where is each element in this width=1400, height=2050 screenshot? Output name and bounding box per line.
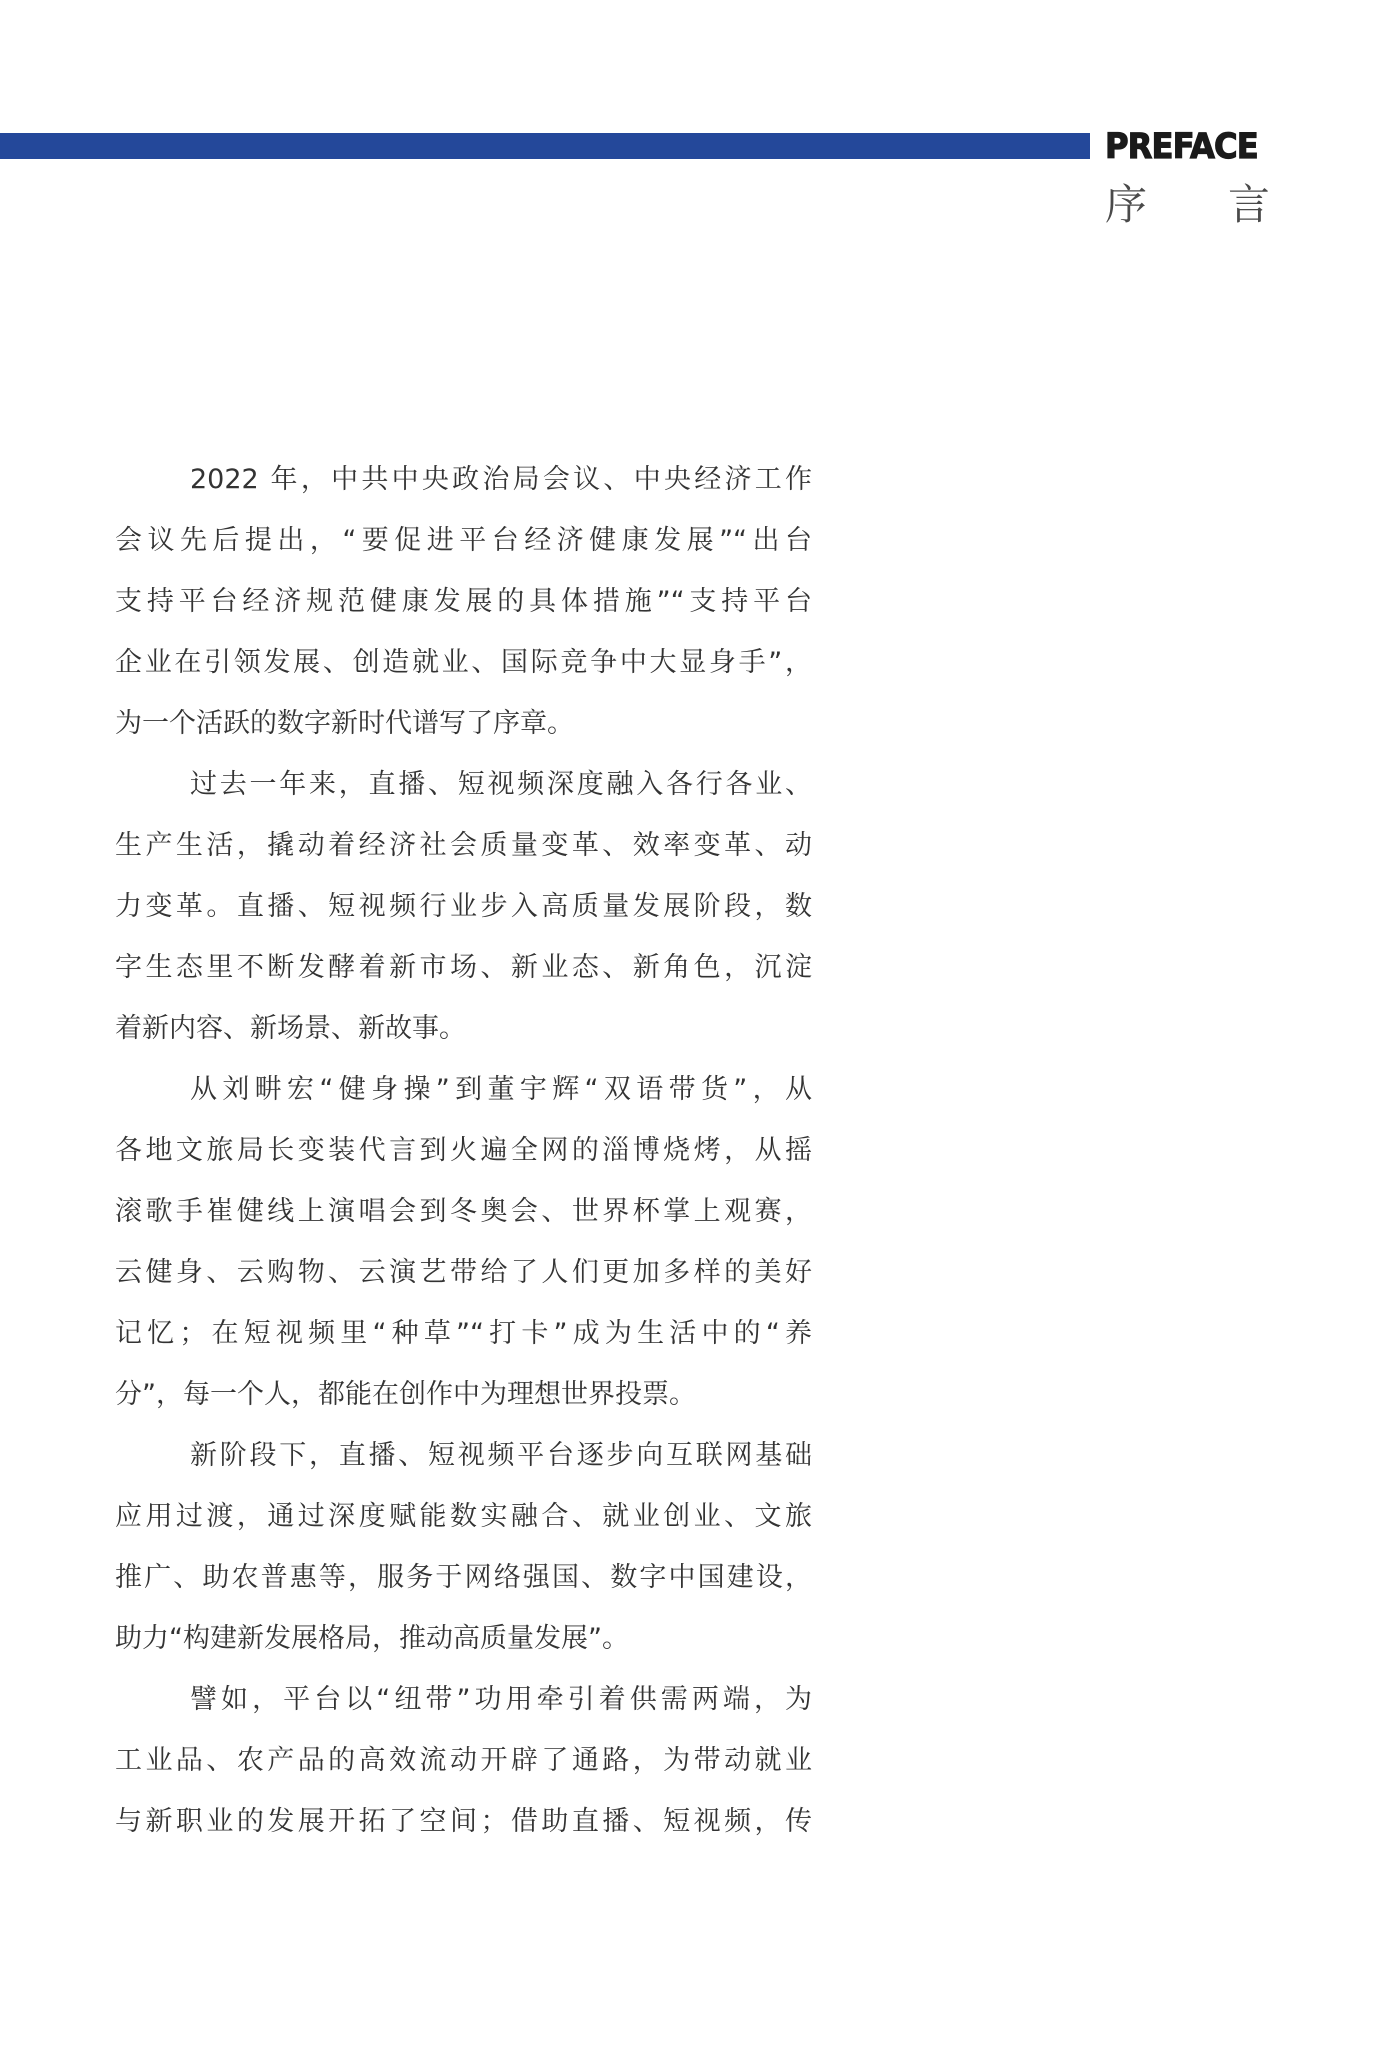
text-line: 滚歌手崔健线上演唱会到冬奥会、世界杯掌上观赛，	[115, 1181, 812, 1242]
text-line: 字生态里不断发酵着新市场、新业态、新角色，沉淀	[115, 937, 812, 998]
text-line: 云健身、云购物、云演艺带给了人们更加多样的美好	[115, 1242, 812, 1303]
text-line: 与新职业的发展开拓了空间；借助直播、短视频，传	[115, 1791, 812, 1852]
text-line: 从刘畊宏“健身操”到董宇辉“双语带货”，从	[115, 1059, 812, 1120]
paragraph: 譬如，平台以“纽带”功用牵引着供需两端，为 工业品、农产品的高效流动开辟了通路，…	[115, 1669, 812, 1852]
text-line: 2022 年，中共中央政治局会议、中央经济工作	[115, 449, 812, 510]
text-line: 应用过渡，通过深度赋能数实融合、就业创业、文旅	[115, 1486, 812, 1547]
text-line: 企业在引领发展、创造就业、国际竞争中大显身手”，	[115, 632, 812, 693]
text-line: 着新内容、新场景、新故事。	[115, 998, 812, 1059]
text-line: 记忆；在短视频里“种草”“打卡”成为生活中的“养	[115, 1303, 812, 1364]
text-line: 譬如，平台以“纽带”功用牵引着供需两端，为	[115, 1669, 812, 1730]
section-title-char: 序	[1105, 182, 1147, 228]
text-line: 推广、助农普惠等，服务于网络强国、数字中国建设，	[115, 1547, 812, 1608]
text-line: 支持平台经济规范健康发展的具体措施”“支持平台	[115, 571, 812, 632]
text-line: 各地文旅局长变装代言到火遍全网的淄博烧烤，从摇	[115, 1120, 812, 1181]
header-accent-bar	[0, 133, 1090, 159]
preface-body: 2022 年，中共中央政治局会议、中央经济工作 会议先后提出，“要促进平台经济健…	[115, 449, 812, 1852]
text-line: 工业品、农产品的高效流动开辟了通路，为带动就业	[115, 1730, 812, 1791]
text-line: 分”，每一个人，都能在创作中为理想世界投票。	[115, 1364, 812, 1425]
text-line: 新阶段下，直播、短视频平台逐步向互联网基础	[115, 1425, 812, 1486]
text-line: 生产生活，撬动着经济社会质量变革、效率变革、动	[115, 815, 812, 876]
paragraph: 新阶段下，直播、短视频平台逐步向互联网基础 应用过渡，通过深度赋能数实融合、就业…	[115, 1425, 812, 1669]
paragraph: 从刘畊宏“健身操”到董宇辉“双语带货”，从 各地文旅局长变装代言到火遍全网的淄博…	[115, 1059, 812, 1425]
text-line: 过去一年来，直播、短视频深度融入各行各业、	[115, 754, 812, 815]
section-title-char: 言	[1228, 182, 1270, 228]
text-line: 为一个活跃的数字新时代谱写了序章。	[115, 693, 812, 754]
paragraph: 过去一年来，直播、短视频深度融入各行各业、 生产生活，撬动着经济社会质量变革、效…	[115, 754, 812, 1059]
text-line: 力变革。直播、短视频行业步入高质量发展阶段，数	[115, 876, 812, 937]
section-title-chinese: 序 言	[1105, 182, 1270, 228]
paragraph: 2022 年，中共中央政治局会议、中央经济工作 会议先后提出，“要促进平台经济健…	[115, 449, 812, 754]
text-line: 助力“构建新发展格局，推动高质量发展”。	[115, 1608, 812, 1669]
text-line: 会议先后提出，“要促进平台经济健康发展”“出台	[115, 510, 812, 571]
section-title-english: PREFACE	[1105, 128, 1258, 166]
